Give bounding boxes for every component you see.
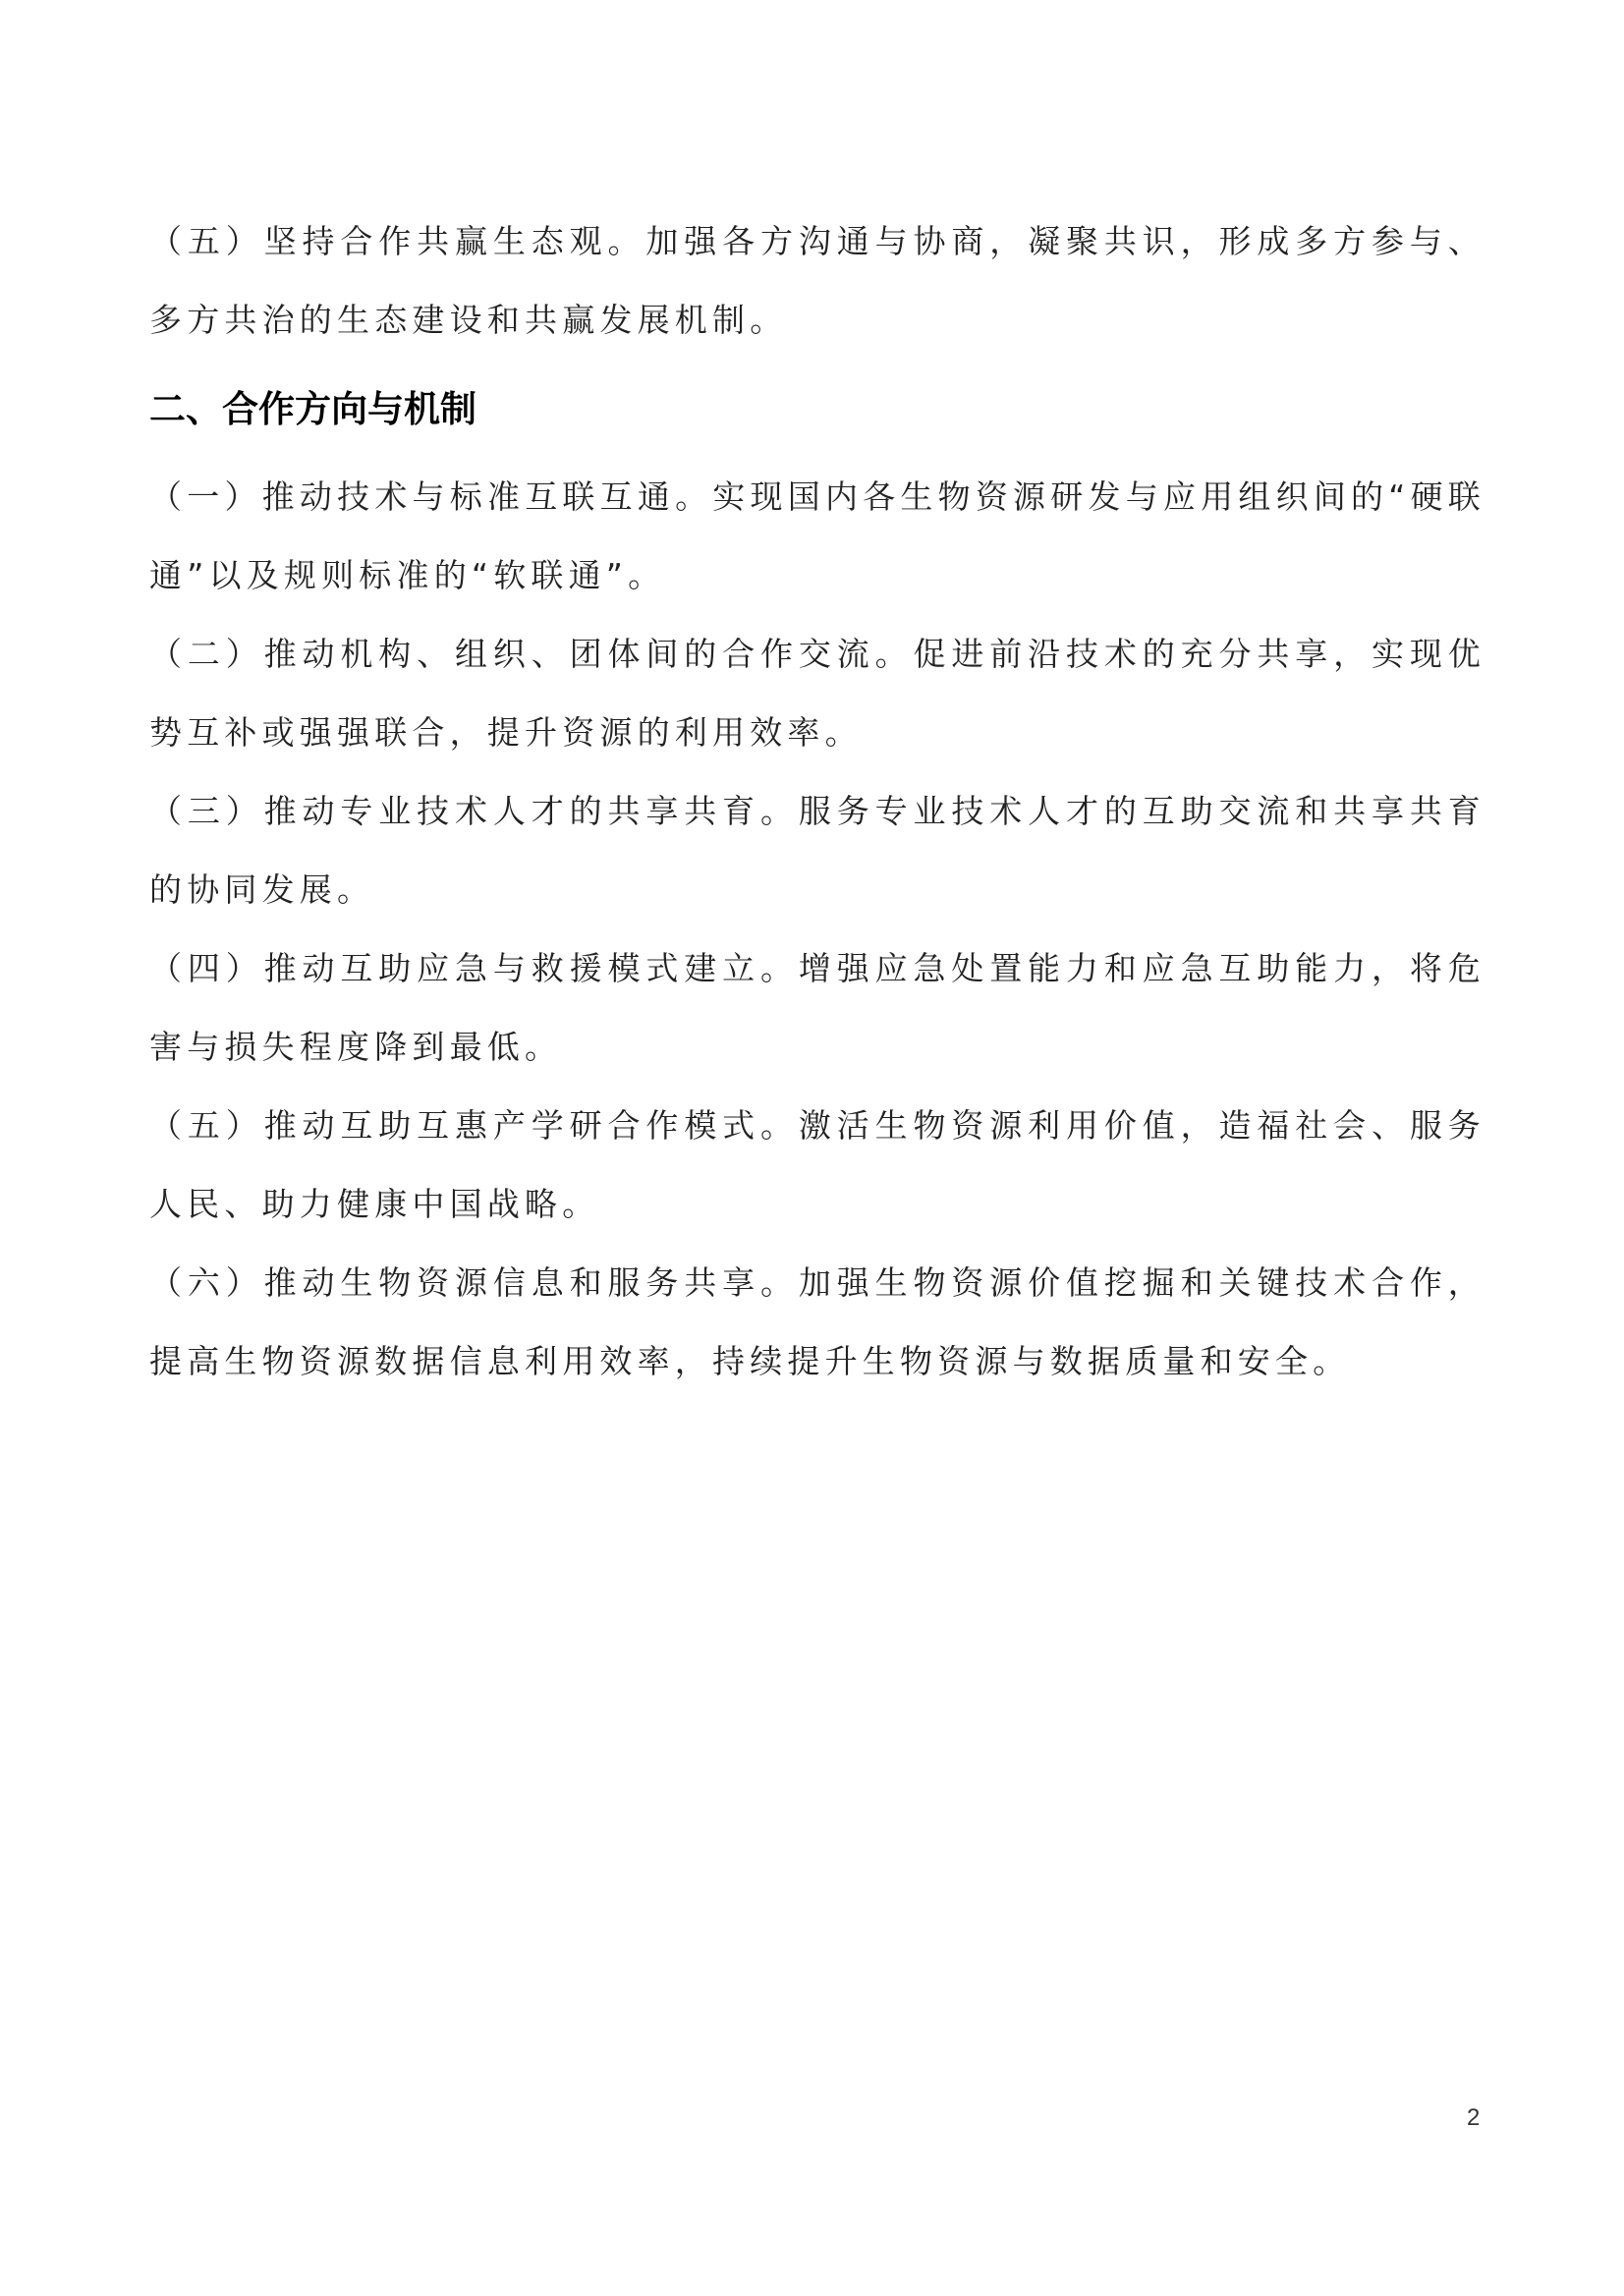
paragraph-direction-5: （五）推动互助互惠产学研合作模式。激活生物资源利用价值，造福社会、服务人民、助力… [149, 1087, 1485, 1244]
paragraph-direction-3: （三）推动专业技术人才的共享共育。服务专业技术人才的互助交流和共享共育的协同发展… [149, 772, 1485, 929]
page-number: 2 [1467, 2104, 1480, 2132]
paragraph-direction-4: （四）推动互助应急与救援模式建立。增强应急处置能力和应急互助能力，将危害与损失程… [149, 929, 1485, 1087]
paragraph-principle-5: （五）坚持合作共赢生态观。加强各方沟通与协商，凝聚共识，形成多方参与、多方共治的… [149, 202, 1485, 360]
paragraph-direction-2: （二）推动机构、组织、团体间的合作交流。促进前沿技术的充分共享，实现优势互补或强… [149, 615, 1485, 772]
paragraph-direction-1: （一）推动技术与标准互联互通。实现国内各生物资源研发与应用组织间的“硬联通”以及… [149, 458, 1485, 615]
document-page: （五）坚持合作共赢生态观。加强各方沟通与协商，凝聚共识，形成多方参与、多方共治的… [0, 0, 1624, 2296]
paragraph-direction-6: （六）推动生物资源信息和服务共享。加强生物资源价值挖掘和关键技术合作，提高生物资… [149, 1244, 1485, 1401]
section-heading: 二、合作方向与机制 [149, 375, 476, 444]
